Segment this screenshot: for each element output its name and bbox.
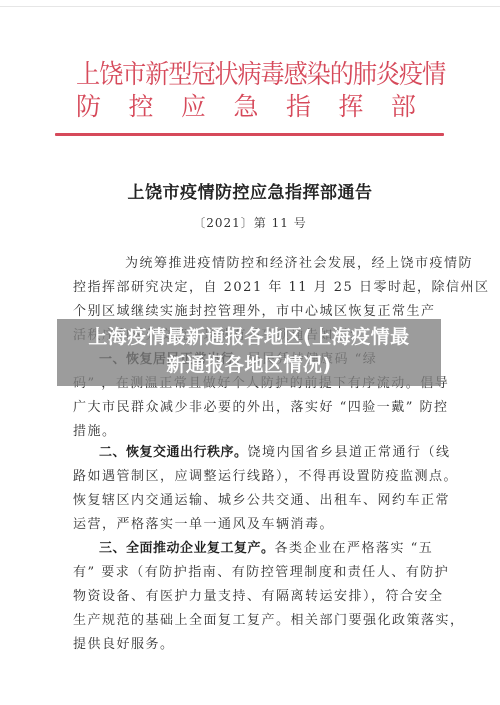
issuer-char: 指: [286, 93, 311, 121]
paragraph-line: 提供良好服务。: [73, 633, 433, 657]
issuer-char: 挥: [338, 93, 363, 121]
overlay-title-line1: 上海疫情最新通报各地区(上海疫情最: [57, 323, 441, 351]
paragraph-line: 恢复辖区内交通运输、城乡公共交通、出租车、网约车正常: [73, 489, 433, 513]
section-3: 三、全面推动企业复工复产。各类企业在严格落实 “五 有” 要求（有防护指南、有防…: [73, 537, 433, 657]
section-heading: 三、全面推动企业复工复产。: [99, 541, 275, 556]
paragraph-line: 控指挥部研究决定，自 2021 年 11 月 25 日零时起，除信州区: [73, 276, 429, 300]
red-header-rule: [55, 133, 444, 136]
section-2: 二、恢复交通出行秩序。饶境内国省乡县道正常通行（线 路如遇管制区，应调整运行线路…: [73, 441, 433, 537]
section-text: 饶境内国省乡县道正常通行（线: [248, 445, 451, 460]
paragraph-line: 物资设备、有医护力量支持、有隔离转运安排），符合安全: [73, 585, 433, 609]
paragraph-line: 运营，严格落实一单一通风及车辆消毒。: [73, 513, 433, 537]
issuer-char: 应: [181, 93, 206, 121]
issuer-char: 急: [233, 93, 258, 121]
article-title-overlay[interactable]: 上海疫情最新通报各地区(上海疫情最 新通报各地区情况): [57, 319, 441, 386]
overlay-title-line2: 新通报各地区情况): [57, 351, 441, 379]
paragraph-line: 生产规范的基础上全面复工复产。相关部门要强化政策落实，: [73, 609, 433, 633]
paragraph-line: 有” 要求（有防护指南、有防控管理制度和责任人、有防护: [73, 561, 433, 585]
issuer-header-line1: 上饶市新型冠状病毒感染的肺炎疫情: [76, 60, 392, 90]
paragraph-line: 广大市民群众减少非必要的外出，落实好 “四验一戴” 防控: [73, 396, 433, 420]
page-top-edge: [0, 6, 500, 7]
issuer-char: 控: [128, 93, 153, 121]
issuer-char: 防: [76, 93, 101, 121]
notice-title: 上饶市疫情防控应急指挥部通告: [0, 178, 500, 203]
notice-number: 〔2021〕第 11 号: [0, 214, 500, 231]
issuer-char: 部: [391, 93, 416, 121]
overlay-title: 上海疫情最新通报各地区(上海疫情最 新通报各地区情况): [57, 323, 441, 379]
paragraph-line: 为统筹推进疫情防控和经济社会发展，经上饶市疫情防: [99, 252, 429, 276]
issuer-header-line2: 防 控 应 急 指 挥 部: [76, 93, 416, 121]
section-text: 各类企业在严格落实 “五: [275, 541, 434, 556]
section-heading: 二、恢复交通出行秩序。: [99, 445, 248, 460]
paragraph-line: 路如遇管制区，应调整运行线路），不得再设置防疫监测点。: [73, 465, 433, 489]
